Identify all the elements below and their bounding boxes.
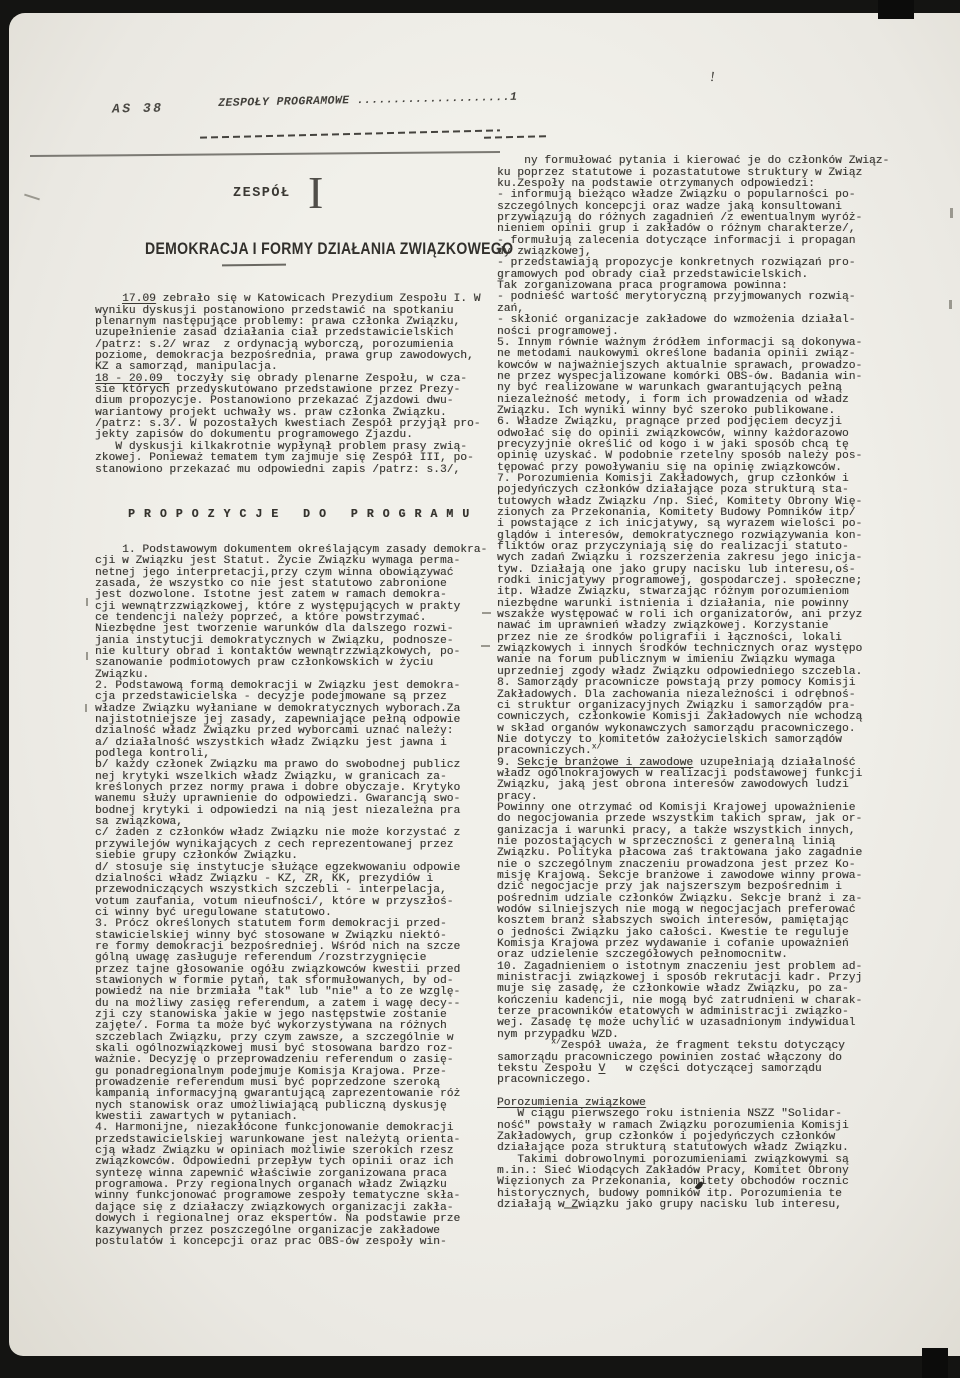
program-proposals-text: 1. Podstawowym dokumentem określającym z… [95,544,487,1248]
subsection-header: Porozumienia związkowe [497,1097,646,1109]
scan-speck [482,612,491,614]
scan-speck [85,704,87,712]
section-header: P R O P O Z Y C J E D O P R O G R A M U [128,509,491,520]
right-column: ny formułować pytania i kierować je do c… [497,145,895,1223]
scan-edge-blot-bottom [922,1348,948,1378]
column-text: ny formułować pytania i kierować je do c… [497,155,889,757]
item-heading: Sekcje branżowe i zawodowe [517,757,693,769]
date-ref: 18 - 20.09 [95,373,169,385]
item-number: 9. [497,757,517,769]
column-text: uzupełniają działalność władz ogólnokraj… [497,757,862,1041]
page-title: DEMOKRACJA I FORMY DZIAŁANIA ZWIĄZKOWEGO [145,240,513,259]
scan-speck [86,652,88,660]
scan-speck [949,300,952,309]
issue-ref: AS 38 [112,101,164,117]
scan-speck [481,645,490,647]
scan-speck [86,598,88,606]
paragraph-text: W dyskusji kilkakrotnie wypłynął problem… [95,441,474,476]
team-label: ZESPÓŁ [233,186,291,201]
team-numeral: I [308,166,323,219]
footnote-marker: x/ [551,1037,561,1046]
scan-edge-blot-top [878,0,914,19]
footnote-marker: x/ [592,742,602,751]
scan-speck [564,1207,578,1209]
date-ref: 17.09 [122,293,156,305]
scanned-page: AS 38 ZESPOŁY PROGRAMOWE ...............… [0,0,960,1378]
footnote-indent [497,1040,551,1052]
left-column: 17.09 zebrało się w Katowicach Prezydium… [95,283,491,1260]
paragraph-text: zebrało się w Katowicach Prezydium Zespo… [95,293,481,373]
column-text: W ciągu pierwszego roku istnienia NSZZ "… [497,1108,849,1211]
scan-speck [950,208,953,218]
